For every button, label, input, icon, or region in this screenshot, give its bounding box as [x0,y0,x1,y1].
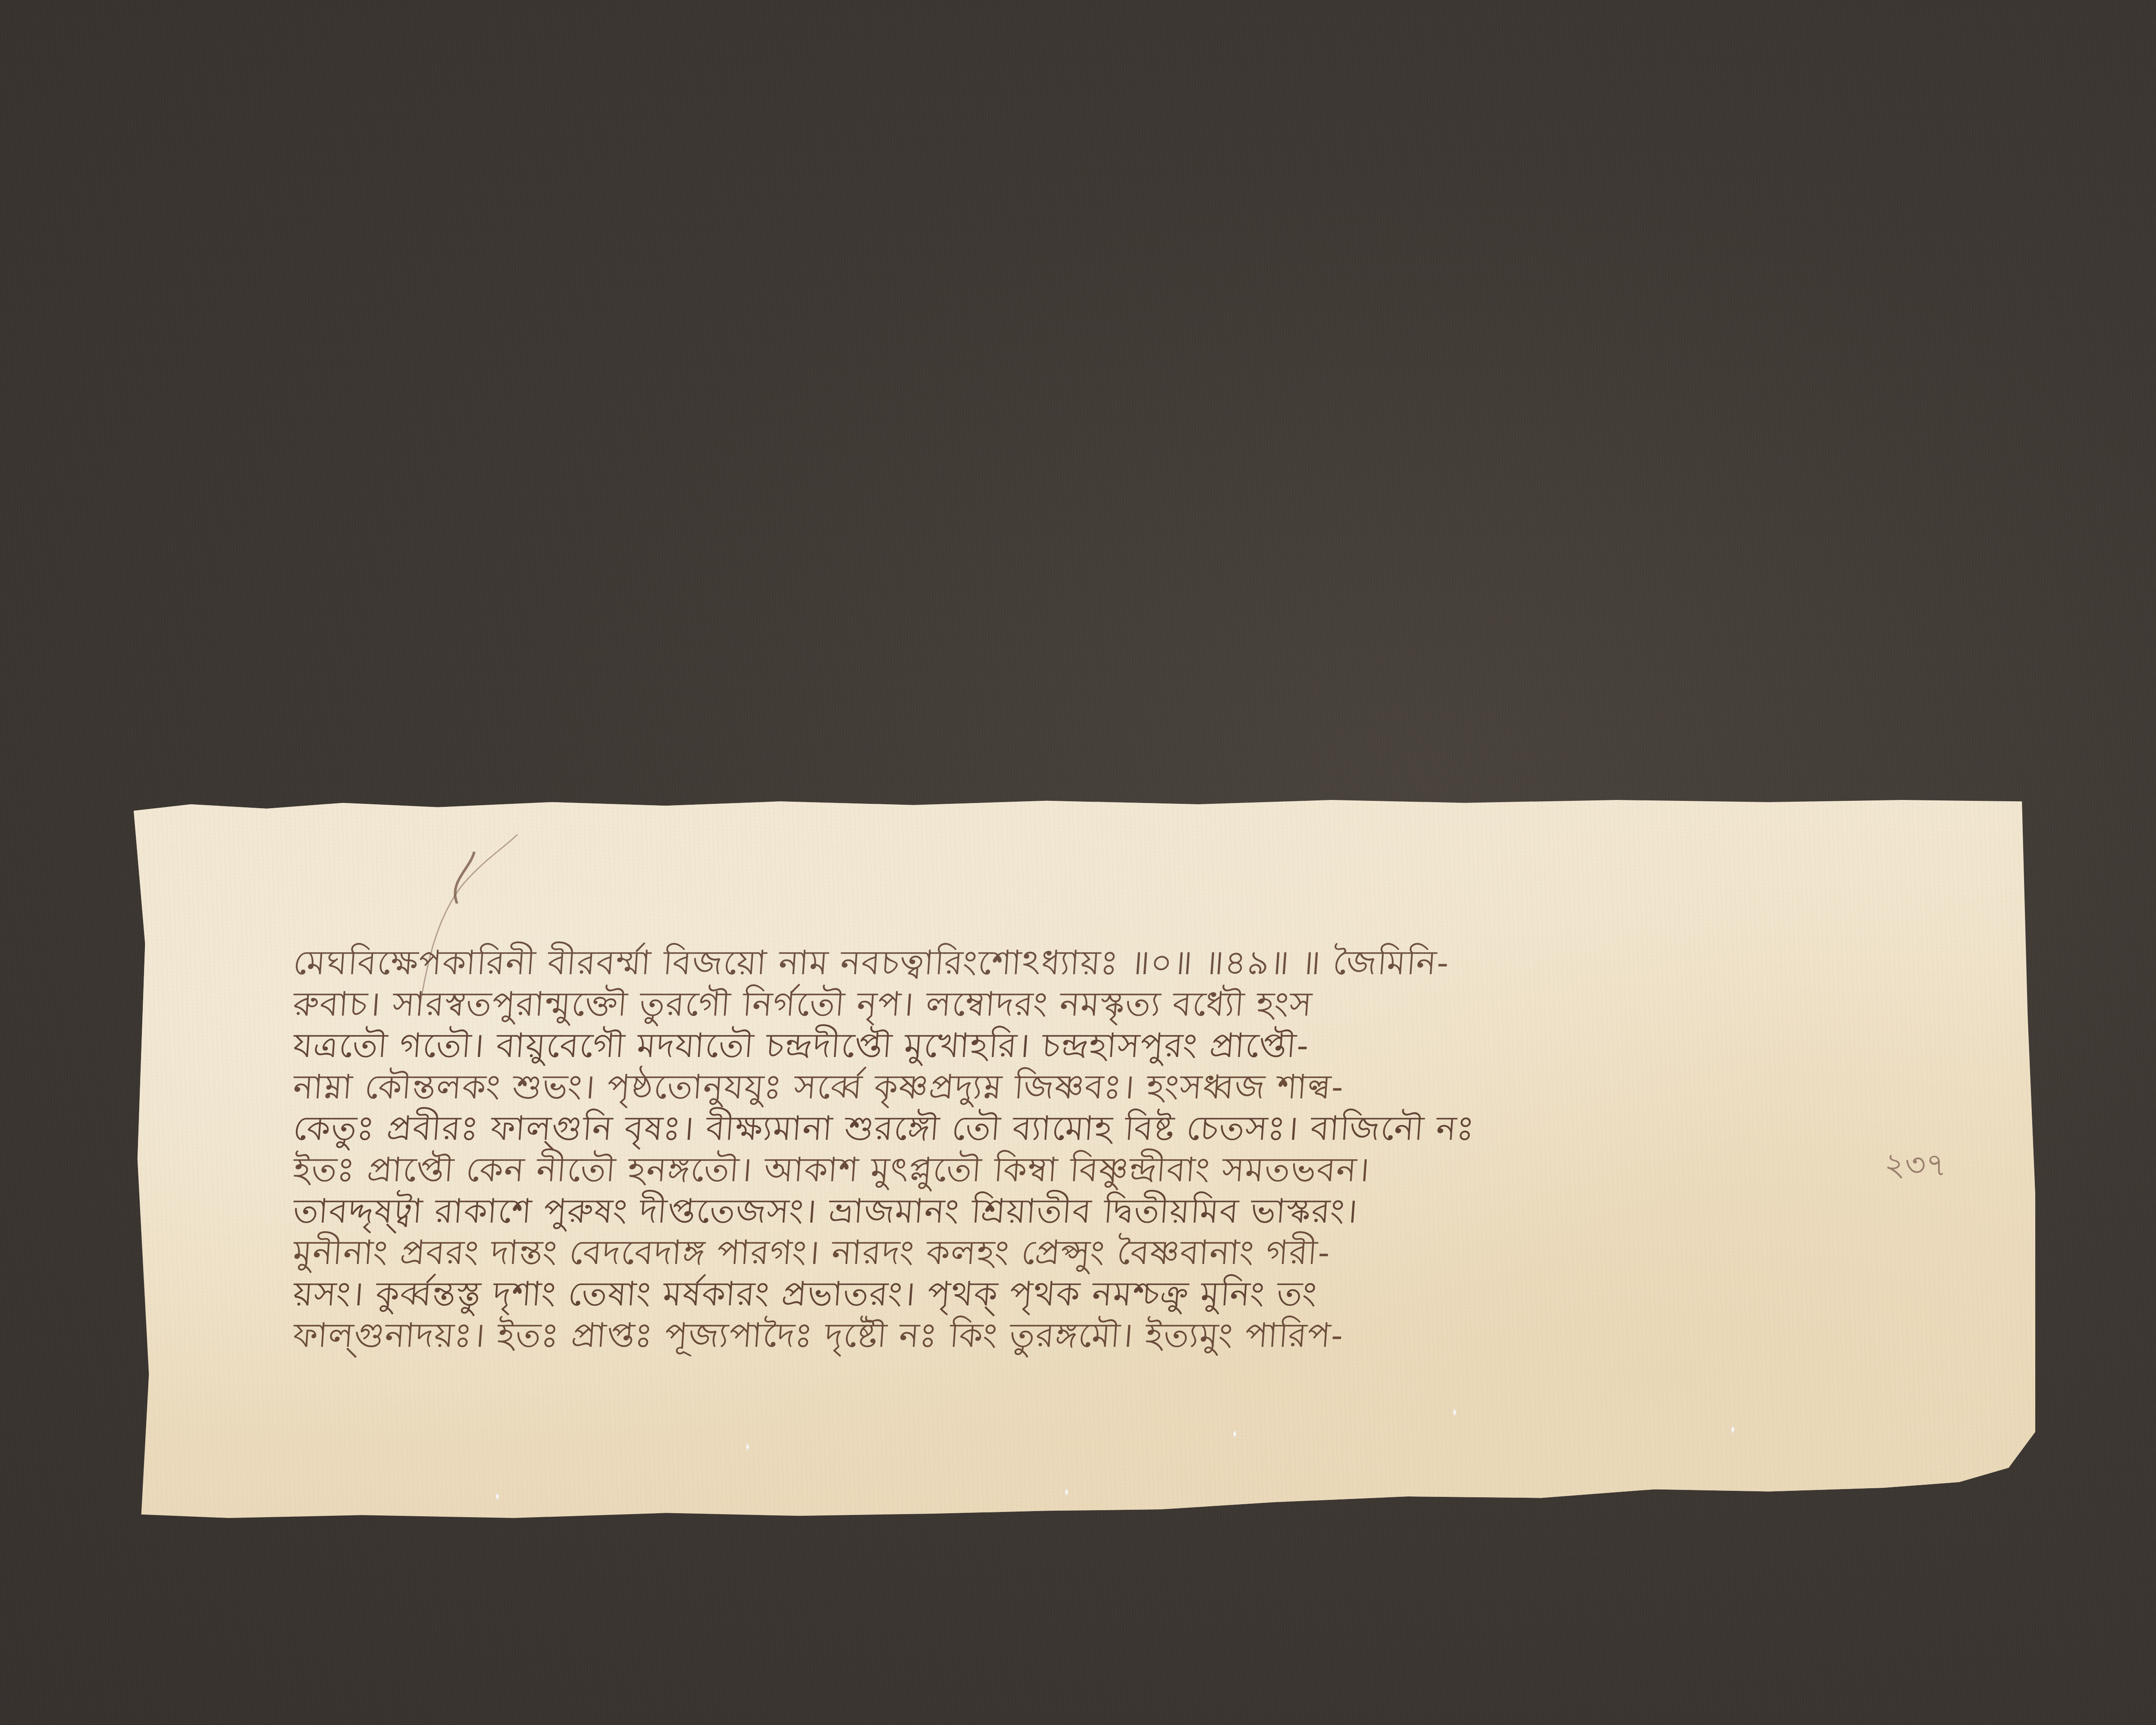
text-line-3: যত্রতৌ গতৌ। বায়ুবেগৌ মদযাতৌ চন্দ্রদীপ্ত… [292,1025,1890,1066]
text-line-6: ইতঃ প্রাপ্তৌ কেন নীতৌ হনঙ্গতৌ। আকাশ মুৎপ… [292,1149,1890,1191]
mounting-pin-icon [1233,1430,1236,1438]
text-line-2: রুবাচ। সারস্বতপুরান্মুক্তৌ তুরগৌ নির্গতৌ… [292,984,1890,1025]
text-line-8: মুনীনাং প্রবরং দান্তং বেদবেদাঙ্গ পারগং। … [292,1232,1890,1273]
mounting-pin-icon [1453,1408,1456,1417]
text-line-4: নাম্না কৌন্তলকং শুভং। পৃষ্ঠতোনুযযুঃ সর্ব… [292,1066,1890,1108]
manuscript-leaf: মেঘবিক্ষেপকারিনী বীরবর্ম্মা বিজয়ো নাম ন… [134,800,2035,1518]
mounting-pin-icon [746,1443,749,1451]
text-line-1: মেঘবিক্ষেপকারিনী বীরবর্ম্মা বিজয়ো নাম ন… [292,942,1890,984]
mounting-pin-icon [1731,1425,1734,1434]
manuscript-text: মেঘবিক্ষেপকারিনী বীরবর্ম্মা বিজয়ো নাম ন… [293,942,1889,1356]
folio-number: ২৩৭ [1884,1141,1946,1194]
text-line-7: তাবদ্দৃষ্ট্বা রাকাশে পুরুষং দীপ্ততেজসং। … [292,1191,1890,1232]
text-line-9: য়সং। কুর্ব্বন্তস্তু দৃশাং তেষাং মর্ষকার… [292,1273,1890,1315]
text-line-10: ফাল্গুনাদয়ঃ। ইতঃ প্রাপ্তঃ পূজ্যপাদৈঃ দৃ… [292,1315,1890,1356]
photo-scene: মেঘবিক্ষেপকারিনী বীরবর্ম্মা বিজয়ো নাম ন… [0,0,2156,1725]
mounting-pin-icon [1065,1488,1068,1496]
mounting-pin-icon [496,1492,499,1501]
text-line-5: কেতুঃ প্রবীরঃ ফাল্গুনি বৃষঃ। বীক্ষ্যমানা… [292,1108,1890,1149]
